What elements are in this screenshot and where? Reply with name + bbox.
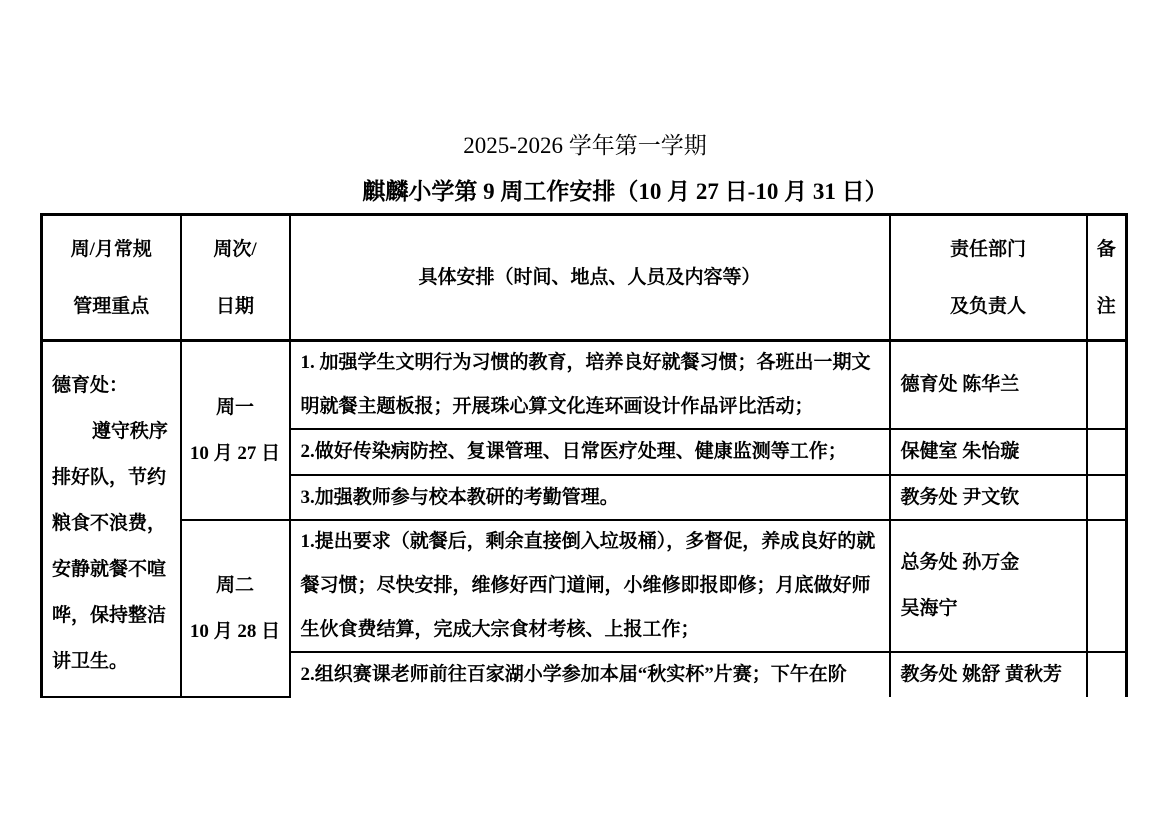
note-cell — [1087, 652, 1127, 697]
note-cell — [1087, 429, 1127, 475]
day-label: 周一 — [182, 385, 289, 431]
document-title-semester: 2025-2026 学年第一学期 — [0, 126, 1170, 166]
owner-cell: 总务处 孙万金 吴海宁 — [890, 520, 1087, 652]
table-header-row: 周/月常规 管理重点 周次/ 日期 具体安排（时间、地点、人员及内容等） 责任部… — [42, 215, 1127, 341]
owner-cell: 教务处 姚舒 黄秋芳 — [890, 652, 1087, 697]
owner-text: 教务处 尹文钦 — [891, 476, 1086, 519]
focus-cell: 德育处： 遵守秩序排好队，节约粮食不浪费，安静就餐不喧哗，保持整洁讲卫生。 — [42, 341, 181, 698]
owner-cell: 保健室 朱怡璇 — [890, 429, 1087, 475]
task-cell: 1. 加强学生文明行为习惯的教育，培养良好就餐习惯；各班出一期文明就餐主题板报；… — [290, 341, 890, 430]
document-page: 2025-2026 学年第一学期 麒麟小学第 9 周工作安排（10 月 27 日… — [0, 0, 1170, 827]
owner-cell: 教务处 尹文钦 — [890, 475, 1087, 520]
owner-text: 德育处 陈华兰 — [891, 342, 1086, 428]
header-detail: 具体安排（时间、地点、人员及内容等） — [290, 215, 890, 341]
task-text: 2.组织赛课老师前往百家湖小学参加本届“秋实杯”片赛；下午在阶 — [291, 654, 889, 696]
header-focus: 周/月常规 管理重点 — [42, 215, 181, 341]
document-title-week-plan: 麒麟小学第 9 周工作安排（10 月 27 日-10 月 31 日） — [0, 172, 1170, 212]
header-dept: 责任部门 及负责人 — [890, 215, 1087, 341]
note-cell — [1087, 341, 1127, 430]
day-cell-monday: 周一 10 月 27 日 — [181, 341, 290, 521]
note-text — [1088, 654, 1126, 696]
note-cell — [1087, 475, 1127, 520]
note-text — [1088, 521, 1126, 651]
owner-cell: 德育处 陈华兰 — [890, 341, 1087, 430]
focus-content: 遵守秩序排好队，节约粮食不浪费，安静就餐不喧哗，保持整洁讲卫生。 — [52, 409, 174, 685]
task-text: 3.加强教师参与校本教研的考勤管理。 — [291, 476, 889, 519]
task-cell: 2.做好传染病防控、复课管理、日常医疗处理、健康监测等工作； — [290, 429, 890, 475]
owner-text: 总务处 孙万金 吴海宁 — [891, 521, 1086, 651]
task-cell: 2.组织赛课老师前往百家湖小学参加本届“秋实杯”片赛；下午在阶 — [290, 652, 890, 697]
task-cell: 3.加强教师参与校本教研的考勤管理。 — [290, 475, 890, 520]
date-label: 10 月 28 日 — [182, 609, 289, 655]
owner-text: 教务处 姚舒 黄秋芳 — [891, 654, 1086, 696]
task-text: 1. 加强学生文明行为习惯的教育，培养良好就餐习惯；各班出一期文明就餐主题板报；… — [291, 342, 889, 428]
note-text — [1088, 476, 1126, 519]
focus-dept-label: 德育处： — [52, 363, 174, 409]
note-cell — [1087, 520, 1127, 652]
note-text — [1088, 342, 1126, 428]
task-cell: 1.提出要求（就餐后，剩余直接倒入垃圾桶），多督促，养成良好的就餐习惯；尽快安排… — [290, 520, 890, 652]
header-note: 备 注 — [1087, 215, 1127, 341]
header-week-date: 周次/ 日期 — [181, 215, 290, 341]
task-text: 2.做好传染病防控、复课管理、日常医疗处理、健康监测等工作； — [291, 430, 889, 474]
owner-text: 保健室 朱怡璇 — [891, 430, 1086, 474]
note-text — [1088, 430, 1126, 474]
weekly-schedule-table: 周/月常规 管理重点 周次/ 日期 具体安排（时间、地点、人员及内容等） 责任部… — [40, 213, 1128, 698]
day-cell-tuesday: 周二 10 月 28 日 — [181, 520, 290, 697]
table-row: 周二 10 月 28 日 1.提出要求（就餐后，剩余直接倒入垃圾桶），多督促，养… — [42, 520, 1127, 652]
date-label: 10 月 27 日 — [182, 431, 289, 477]
task-text: 1.提出要求（就餐后，剩余直接倒入垃圾桶），多督促，养成良好的就餐习惯；尽快安排… — [291, 521, 889, 651]
table-row: 德育处： 遵守秩序排好队，节约粮食不浪费，安静就餐不喧哗，保持整洁讲卫生。 周一… — [42, 341, 1127, 430]
day-label: 周二 — [182, 563, 289, 609]
